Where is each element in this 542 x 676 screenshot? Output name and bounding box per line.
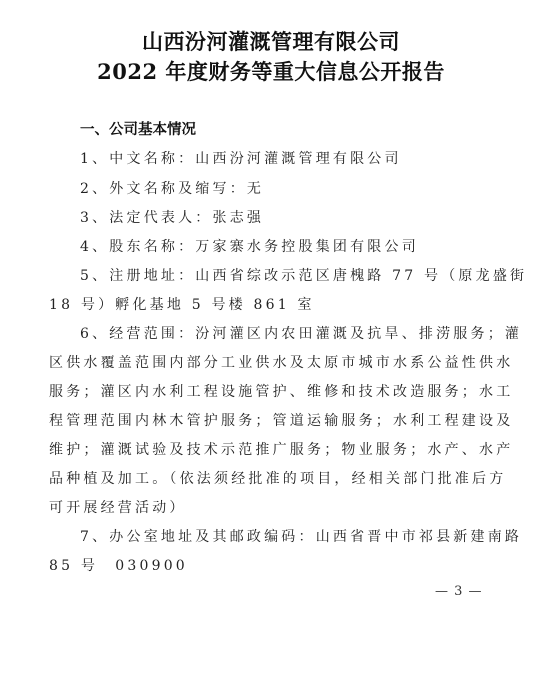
item-office-address-cont: 85 号 030900 xyxy=(49,555,188,575)
item-business-scope-cont: 可开展经营活动） xyxy=(49,497,187,517)
item-shareholder: 4、股东名称：万家寨水务控股集团有限公司 xyxy=(80,236,419,256)
item-business-scope-cont: 维护；灌溉试验及技术示范推广服务；物业服务；水产、水产 xyxy=(49,439,513,459)
item-registered-address: 5、注册地址：山西省综改示范区唐槐路 77 号（原龙盛街 xyxy=(80,265,527,285)
item-business-scope: 6、经营范围：汾河灌区内农田灌溉及抗旱、排涝服务；灌 xyxy=(80,323,522,343)
item-legal-representative: 3、法定代表人：张志强 xyxy=(80,207,264,227)
section-heading: 一、公司基本情况 xyxy=(80,118,196,139)
item-registered-address-cont: 18 号）孵化基地 5 号楼 861 室 xyxy=(49,294,315,314)
page-number: — 3 — xyxy=(435,584,483,599)
item-business-scope-cont: 服务；灌区内水利工程设施管护、维修和技术改造服务；水工 xyxy=(49,381,513,401)
document-title-line2: 2022 年度财务等重大信息公开报告 xyxy=(0,56,542,86)
item-foreign-name: 2、外文名称及缩写：无 xyxy=(80,178,264,198)
document-title-line1: 山西汾河灌溉管理有限公司 xyxy=(0,26,542,56)
item-business-scope-cont: 区供水覆盖范围内部分工业供水及太原市城市水系公益性供水 xyxy=(49,352,513,372)
item-office-address: 7、办公室地址及其邮政编码：山西省晋中市祁县新建南路 xyxy=(80,526,522,546)
item-business-scope-cont: 程管理范围内林木管护服务；管道运输服务；水利工程建设及 xyxy=(49,410,513,430)
item-chinese-name: 1、中文名称：山西汾河灌溉管理有限公司 xyxy=(80,148,402,168)
item-business-scope-cont: 品种植及加工。（依法须经批准的项目，经相关部门批准后方 xyxy=(49,468,506,488)
document-page: 山西汾河灌溉管理有限公司 2022 年度财务等重大信息公开报告 一、公司基本情况… xyxy=(0,0,542,676)
